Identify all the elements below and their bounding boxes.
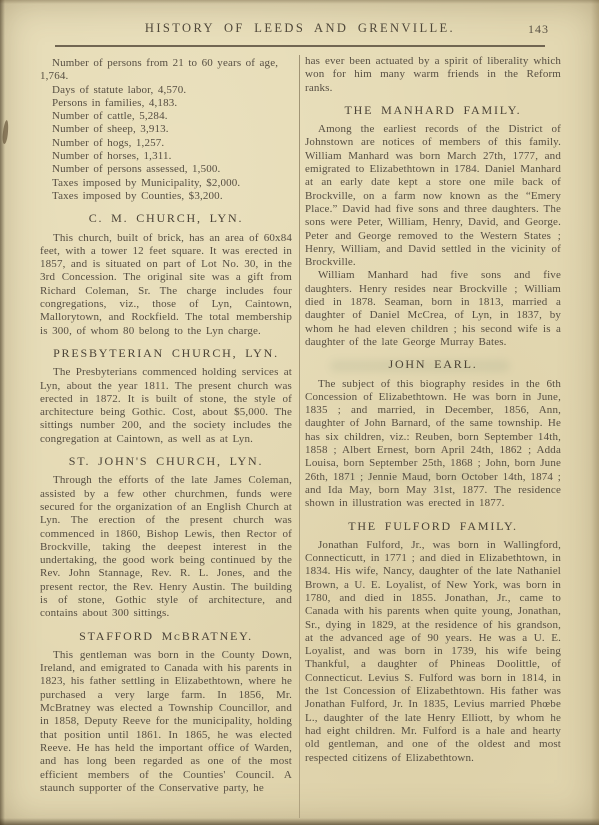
stat-line: Persons in families, 4,183. bbox=[40, 97, 292, 110]
section-heading-stafford-mcbratney: STAFFORD MᴄBRATNEY. bbox=[40, 630, 292, 643]
continuation-paragraph: has ever been actuated by a spirit of li… bbox=[305, 55, 561, 95]
section-heading-presbyterian-church: PRESBYTERIAN CHURCH, LYN. bbox=[40, 347, 292, 360]
section-heading-john-earl: JOHN EARL. bbox=[305, 358, 561, 371]
scan-edge-right bbox=[591, 0, 599, 825]
scan-edge-bottom bbox=[0, 818, 599, 825]
text-columns: Number of persons from 21 to 60 years of… bbox=[40, 55, 561, 818]
book-page: HISTORY OF LEEDS AND GRENVILLE. 143 Numb… bbox=[0, 0, 599, 825]
paragraph: This gentleman was born in the County Do… bbox=[40, 649, 292, 795]
running-title: HISTORY OF LEEDS AND GRENVILLE. bbox=[55, 21, 545, 36]
stat-line: Number of hogs, 1,257. bbox=[40, 137, 292, 150]
paragraph: This church, built of brick, has an area… bbox=[40, 232, 292, 338]
stat-line: Taxes imposed by Counties, $3,200. bbox=[40, 190, 292, 203]
paragraph: William Manhard had five sons and five d… bbox=[305, 269, 561, 349]
column-divider-rule bbox=[299, 55, 300, 818]
section-heading-manhard-family: THE MANHARD FAMILY. bbox=[305, 104, 561, 117]
left-column: Number of persons from 21 to 60 years of… bbox=[40, 55, 292, 818]
paragraph: The Presbyterians commenced holding serv… bbox=[40, 366, 292, 446]
section-heading-cm-church: C. M. CHURCH, LYN. bbox=[40, 212, 292, 225]
paragraph: The subject of this biography resides in… bbox=[305, 378, 561, 511]
scan-edge-top bbox=[0, 0, 599, 4]
paragraph: Among the earliest records of the Distri… bbox=[305, 123, 561, 269]
stat-line: Taxes imposed by Municipality, $2,000. bbox=[40, 177, 292, 190]
stat-line: Number of persons assessed, 1,500. bbox=[40, 163, 292, 176]
page-number: 143 bbox=[528, 22, 549, 37]
stat-line: Number of horses, 1,311. bbox=[40, 150, 292, 163]
paragraph: Jonathan Fulford, Jr., was born in Walli… bbox=[305, 539, 561, 765]
section-heading-st-johns-church: ST. JOHN'S CHURCH, LYN. bbox=[40, 455, 292, 468]
paragraph: Through the efforts of the late James Co… bbox=[40, 474, 292, 620]
statistics-list: Number of persons from 21 to 60 years of… bbox=[40, 57, 292, 203]
right-column: has ever been actuated by a spirit of li… bbox=[305, 55, 561, 818]
stat-line: Number of cattle, 5,284. bbox=[40, 110, 292, 123]
section-heading-fulford-family: THE FULFORD FAMILY. bbox=[305, 520, 561, 533]
stat-line: Days of statute labor, 4,570. bbox=[40, 84, 292, 97]
stat-line: Number of persons from 21 to 60 years of… bbox=[40, 57, 292, 84]
stat-line: Number of sheep, 3,913. bbox=[40, 123, 292, 136]
header-rule bbox=[55, 45, 545, 47]
